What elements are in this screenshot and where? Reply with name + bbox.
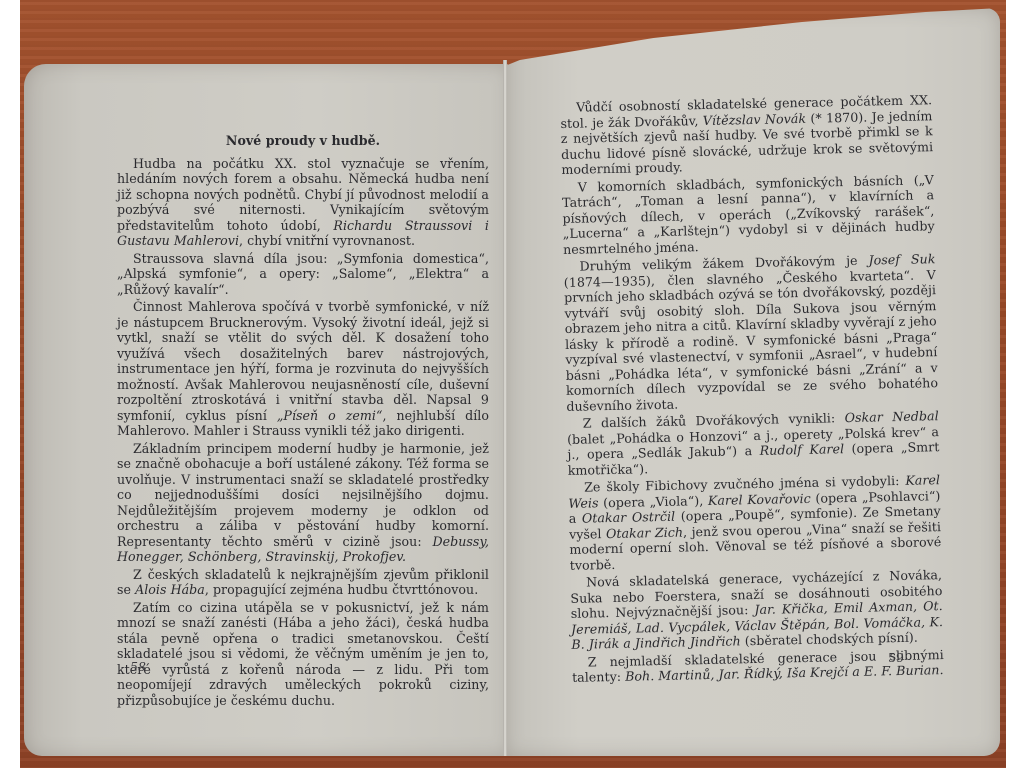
text-run: Zatím co cizina utápěla se v pokusnictví…: [117, 600, 489, 708]
italic-name: Rudolf Karel: [760, 441, 845, 458]
right-page-text: Vůdčí osobností skladatelské generace po…: [560, 92, 944, 685]
text-run: V komorních skladbách, symfonických básn…: [562, 172, 935, 257]
paragraph: Zatím co cizina utápěla se v pokusnictví…: [117, 600, 489, 709]
italic-name: Oskar Nedbal: [844, 408, 938, 425]
paragraph: Vůdčí osobností skladatelské generace po…: [560, 92, 934, 177]
italic-name: Karel Kovařovic: [708, 490, 811, 507]
paragraph: Straussova slavná díla jsou: „Symfonia d…: [117, 251, 489, 298]
text-run: (opera „Viola“),: [598, 492, 708, 509]
paragraph: Nová skladatelská generace, vycházející …: [570, 567, 944, 652]
text-run: (sběratel chodských písní).: [741, 630, 918, 649]
text-run: Straussova slavná díla jsou: „Symfonia d…: [117, 251, 489, 297]
italic-name: Otakar Zich: [606, 524, 683, 541]
paragraph: Činnost Mahlerova spočívá v tvorbě symfo…: [117, 299, 489, 439]
italic-name: Josef Suk: [868, 251, 935, 267]
italic-name: „Píseň o zemi“: [277, 408, 383, 423]
page-number-left: 58: [130, 659, 146, 674]
paragraph: Základním principem moderní hudby je har…: [117, 441, 489, 565]
left-paragraphs: Hudba na počátku XX. stol vyznačuje se v…: [117, 156, 489, 709]
paragraph: Ze školy Fibichovy zvučného jména si vyd…: [568, 472, 942, 573]
paragraph: Druhým velikým žákem Dvořákovým je Josef…: [563, 251, 938, 414]
right-paragraphs: Vůdčí osobností skladatelské generace po…: [560, 92, 944, 685]
text-run: , chybí vnitřní vyrovnanost.: [239, 233, 415, 248]
text-run: Základním principem moderní hudby je har…: [117, 441, 489, 549]
italic-name: Alois Hába: [135, 582, 205, 597]
paragraph: V komorních skladbách, symfonických básn…: [562, 172, 936, 257]
left-page-text: Nové proudy v hudbě. Hudba na počátku XX…: [117, 133, 489, 708]
page-number-right: 59: [888, 650, 904, 665]
chapter-title: Nové proudy v hudbě.: [117, 133, 489, 149]
paragraph: Z českých skladatelů k nejkrajnějším zje…: [117, 567, 489, 598]
paragraph: Hudba na počátku XX. stol vyznačuje se v…: [117, 156, 489, 249]
italic-name: Otakar Ostrčil: [582, 509, 676, 526]
text-run: , propagující zejména hudbu čtvrttónovou…: [205, 582, 478, 597]
text-run: Činnost Mahlerova spočívá v tvorbě symfo…: [117, 299, 489, 423]
italic-name: Vítězslav Novák: [703, 110, 807, 127]
paragraph: Z dalších žáků Dvořákových vynikli: Oska…: [567, 408, 940, 478]
book-spine: [503, 60, 507, 756]
text-run: (1874—1935), člen slavného „Českého kvar…: [564, 267, 939, 414]
